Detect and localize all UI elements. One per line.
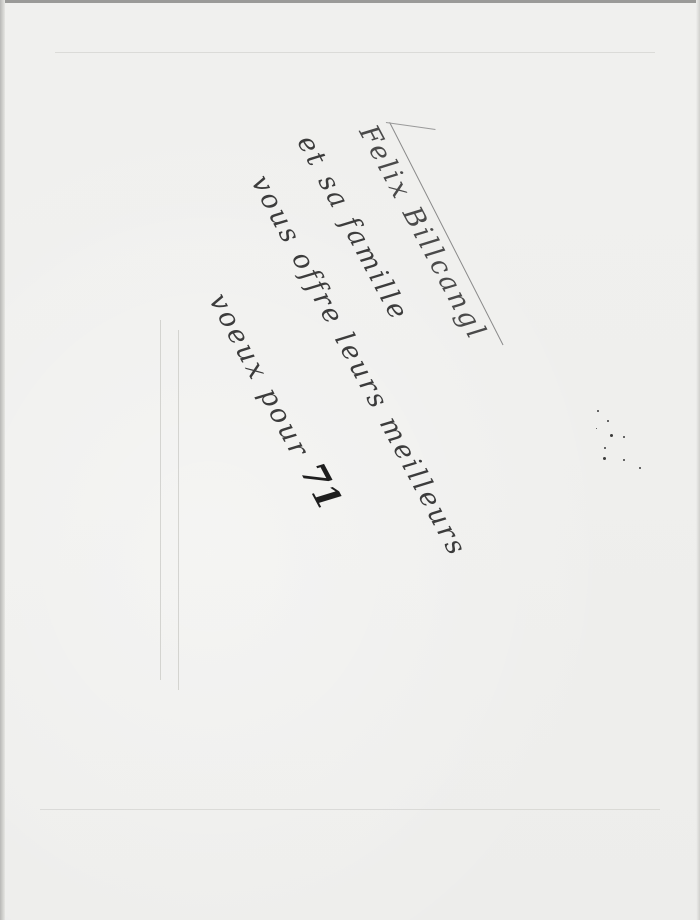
card-back: Felix Billcangl et sa famille vous offre… [0,0,700,920]
handwritten-name: Felix Billcangl [353,120,493,346]
frame-line-bottom [40,809,660,810]
handwritten-year: 71 [292,456,350,517]
handwritten-line-4-text: voeux pour [202,288,315,464]
handwritten-message: Felix Billcangl et sa famille vous offre… [230,90,530,590]
card-top-edge [0,0,700,3]
card-right-edge [696,0,700,920]
frame-line-left-1 [160,320,161,680]
card-left-edge [0,0,5,920]
frame-line-left-2 [178,330,179,690]
frame-line-top [55,52,655,53]
